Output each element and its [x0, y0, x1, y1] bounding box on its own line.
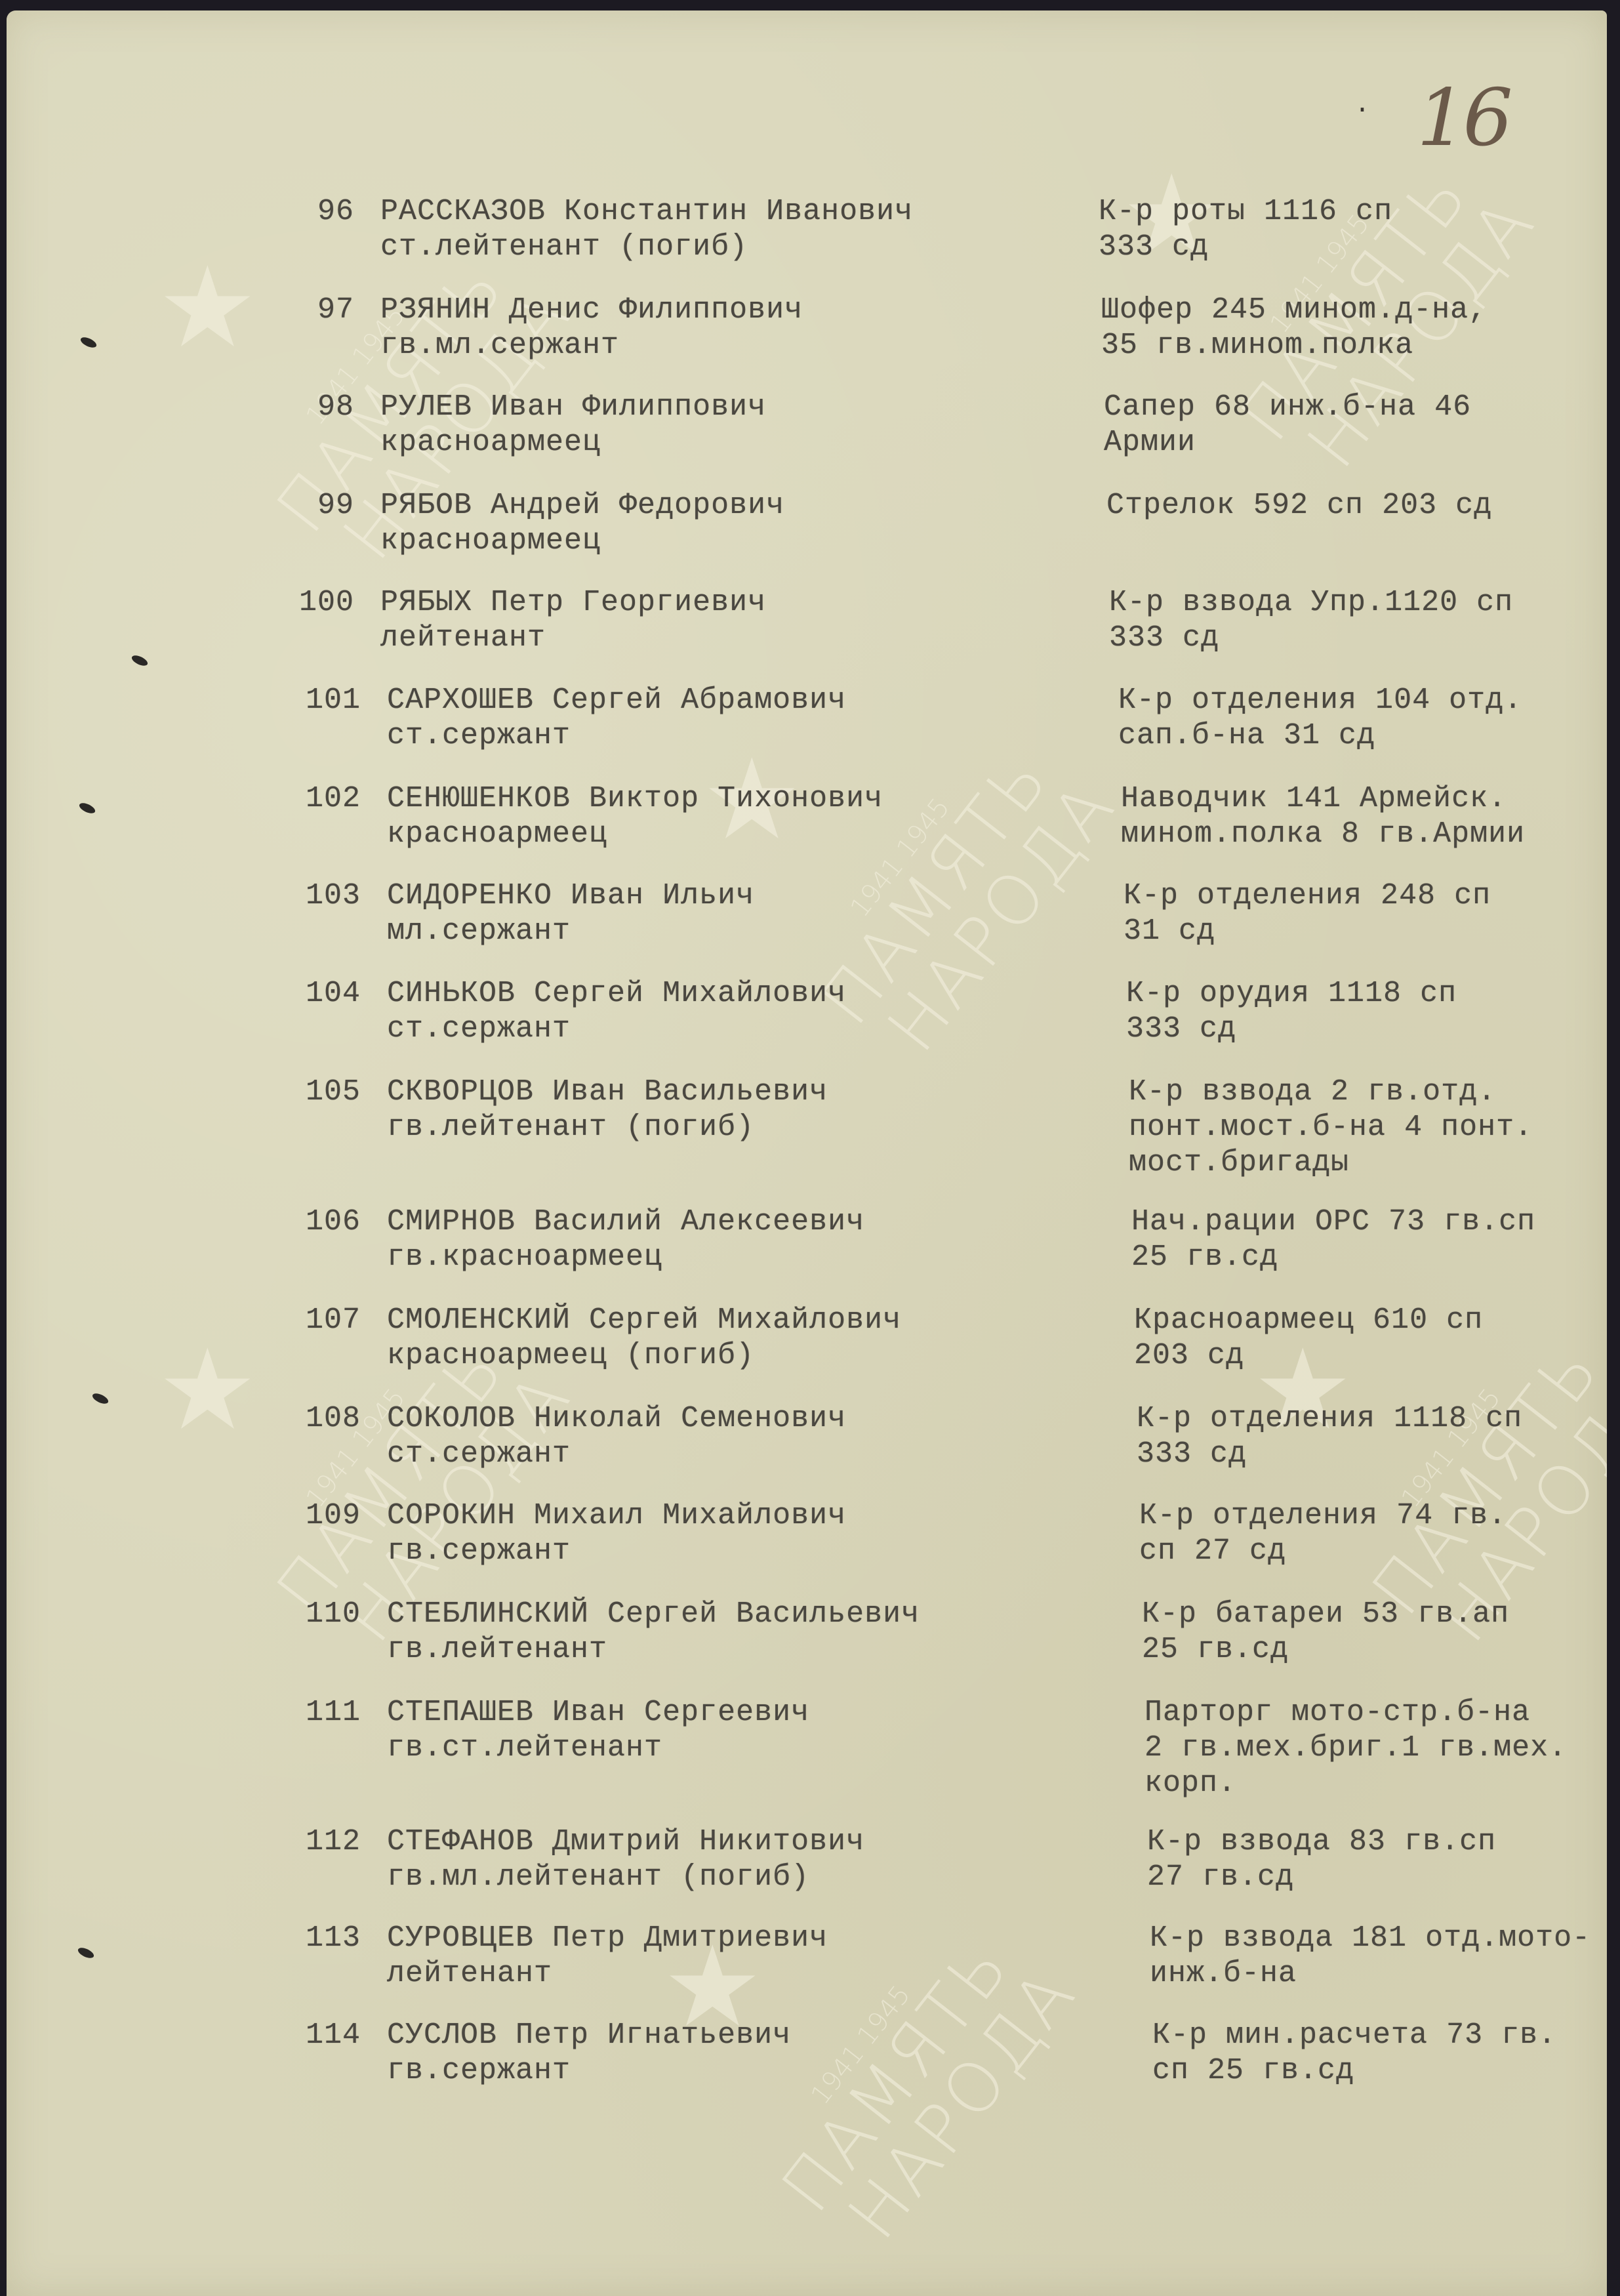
- military-rank: ст.сержант: [387, 718, 846, 754]
- person-name: СМИРНОВ Василий Алексеевичгв.красноармее…: [387, 1204, 864, 1275]
- unit-position: К-р отделения 1118 сп 333 сд: [1137, 1401, 1522, 1472]
- entry-number: 97: [269, 293, 354, 328]
- unit-position: Шофер 245 миноm.д-на, 35 гв.миноm.полка: [1101, 293, 1487, 363]
- person-name: РЯБЫХ Петр Георгиевичлейтенант: [380, 585, 766, 656]
- entry-number: 102: [275, 781, 361, 817]
- person-name: СУРОВЦЕВ Петр Дмитриевичлейтенант: [387, 1921, 828, 1992]
- military-rank: ст.лейтенант (погиб): [380, 230, 913, 265]
- military-rank: гв.мл.лейтенант (погиб): [387, 1860, 864, 1895]
- entry-number: 96: [269, 194, 354, 230]
- person-name: САРХОШЕВ Сергей Абрамовичст.сержант: [387, 683, 846, 754]
- unit-position: Сапер 68 инж.б-на 46 Армии: [1104, 390, 1471, 461]
- unit-position: Красноармеец 610 сп 203 сд: [1134, 1303, 1483, 1374]
- military-rank: лейтенант: [380, 621, 766, 656]
- military-rank: красноармеец: [380, 523, 784, 559]
- person-name: СТЕПАШЕВ Иван Сергеевичгв.ст.лейтенант: [387, 1695, 809, 1766]
- unit-position: К-р взвода 83 гв.сп 27 гв.сд: [1147, 1824, 1496, 1895]
- binding-hole: [77, 1946, 96, 1960]
- person-name: СИДОРЕНКО Иван Ильичмл.сержант: [387, 878, 754, 949]
- binding-hole: [91, 1391, 110, 1406]
- military-rank: красноармеец (погиб): [387, 1338, 901, 1374]
- entry-number: 105: [275, 1075, 361, 1110]
- entry-number: 100: [269, 585, 354, 621]
- person-name: СОРОКИН Михаил Михайловичгв.сержант: [387, 1498, 846, 1569]
- entry-number: 111: [275, 1695, 361, 1731]
- entry-number: 108: [275, 1401, 361, 1437]
- entry-number: 113: [275, 1921, 361, 1956]
- person-name: РУЛЕВ Иван Филипповичкрасноармеец: [380, 390, 766, 461]
- unit-position: К-р батареи 53 гв.ап 25 гв.сд: [1142, 1597, 1509, 1668]
- entry-number: 106: [275, 1204, 361, 1240]
- unit-position: Наводчик 141 Армейск. миноm.полка 8 гв.А…: [1121, 781, 1525, 852]
- military-rank: красноармеец: [387, 817, 883, 852]
- unit-position: К-р орудия 1118 сп 333 сд: [1126, 976, 1457, 1047]
- unit-position: К-р роты 1116 сп 333 сд: [1099, 194, 1392, 265]
- military-rank: гв.лейтенант: [387, 1632, 920, 1668]
- entry-number: 99: [269, 488, 354, 523]
- person-name: СМОЛЕНСКИЙ Сергей Михайловичкрасноармеец…: [387, 1303, 901, 1374]
- person-name: СУСЛОВ Петр Игнатьевичгв.сержант: [387, 2018, 791, 2089]
- entry-number: 101: [275, 683, 361, 718]
- binding-hole: [78, 801, 97, 815]
- unit-position: К-р отделения 104 отд. сап.б-на 31 сд: [1118, 683, 1522, 754]
- unit-position: К-р взвода 181 отд.мото- инж.б-на: [1150, 1921, 1590, 1992]
- military-rank: мл.сержант: [387, 914, 754, 949]
- entry-number: 114: [275, 2018, 361, 2053]
- binding-hole: [79, 335, 98, 350]
- unit-position: К-р взвода Упр.1120 сп 333 сд: [1109, 585, 1513, 656]
- entry-number: 110: [275, 1597, 361, 1632]
- military-rank: ст.сержант: [387, 1437, 846, 1472]
- person-name: СЕНЮШЕНКОВ Виктор Тихоновичкрасноармеец: [387, 781, 883, 852]
- unit-position: К-р мин.расчета 73 гв. сп 25 гв.сд: [1152, 2018, 1556, 2089]
- military-rank: гв.мл.сержант: [380, 328, 803, 363]
- military-rank: гв.ст.лейтенант: [387, 1731, 809, 1766]
- person-name: СКВОРЦОВ Иван Васильевичгв.лейтенант (по…: [387, 1075, 828, 1145]
- entry-number: 103: [275, 878, 361, 914]
- person-name: РЗЯНИН Денис Филипповичгв.мл.сержант: [380, 293, 803, 363]
- unit-position: К-р отделения 248 сп 31 сд: [1124, 878, 1491, 949]
- person-name: СТЕФАНОВ Дмитрий Никитовичгв.мл.лейтенан…: [387, 1824, 864, 1895]
- military-rank: гв.красноармеец: [387, 1240, 864, 1275]
- military-rank: лейтенант: [387, 1956, 828, 1992]
- person-name: РАССКАЗОВ Константин Ивановичст.лейтенан…: [380, 194, 913, 265]
- person-name: СИНЬКОВ Сергей Михайловичст.сержант: [387, 976, 846, 1047]
- unit-position: Парторг мото-стр.б-на 2 гв.мех.бриг.1 гв…: [1144, 1695, 1567, 1801]
- page-number: 16: [1417, 73, 1509, 164]
- unit-position: Стрелок 592 сп 203 сд: [1106, 488, 1492, 523]
- binding-hole: [131, 653, 150, 668]
- person-name: СОКОЛОВ Николай Семеновичст.сержант: [387, 1401, 846, 1472]
- entry-number: 104: [275, 976, 361, 1012]
- military-rank: красноармеец: [380, 425, 766, 461]
- military-rank: гв.сержант: [387, 2053, 791, 2089]
- entry-number: 109: [275, 1498, 361, 1534]
- document-page: · 16 ★1941 1945ПАМЯТЬНАРОДА★1941 1945ПАМ…: [7, 10, 1607, 2296]
- military-rank: гв.лейтенант (погиб): [387, 1110, 828, 1145]
- person-name: РЯБОВ Андрей Федоровичкрасноармеец: [380, 488, 784, 559]
- ink-dot: ·: [1354, 96, 1370, 125]
- unit-position: Нач.рации ОРС 73 гв.сп 25 гв.сд: [1131, 1204, 1535, 1275]
- military-rank: гв.сержант: [387, 1534, 846, 1569]
- entry-number: 112: [275, 1824, 361, 1860]
- military-rank: ст.сержант: [387, 1012, 846, 1047]
- unit-position: К-р взвода 2 гв.отд. понт.мост.б-на 4 по…: [1129, 1075, 1533, 1181]
- entry-number: 107: [275, 1303, 361, 1338]
- person-name: СТЕБЛИНСКИЙ Сергей Васильевичгв.лейтенан…: [387, 1597, 920, 1668]
- unit-position: К-р отделения 74 гв. сп 27 сд: [1139, 1498, 1507, 1569]
- entry-number: 98: [269, 390, 354, 425]
